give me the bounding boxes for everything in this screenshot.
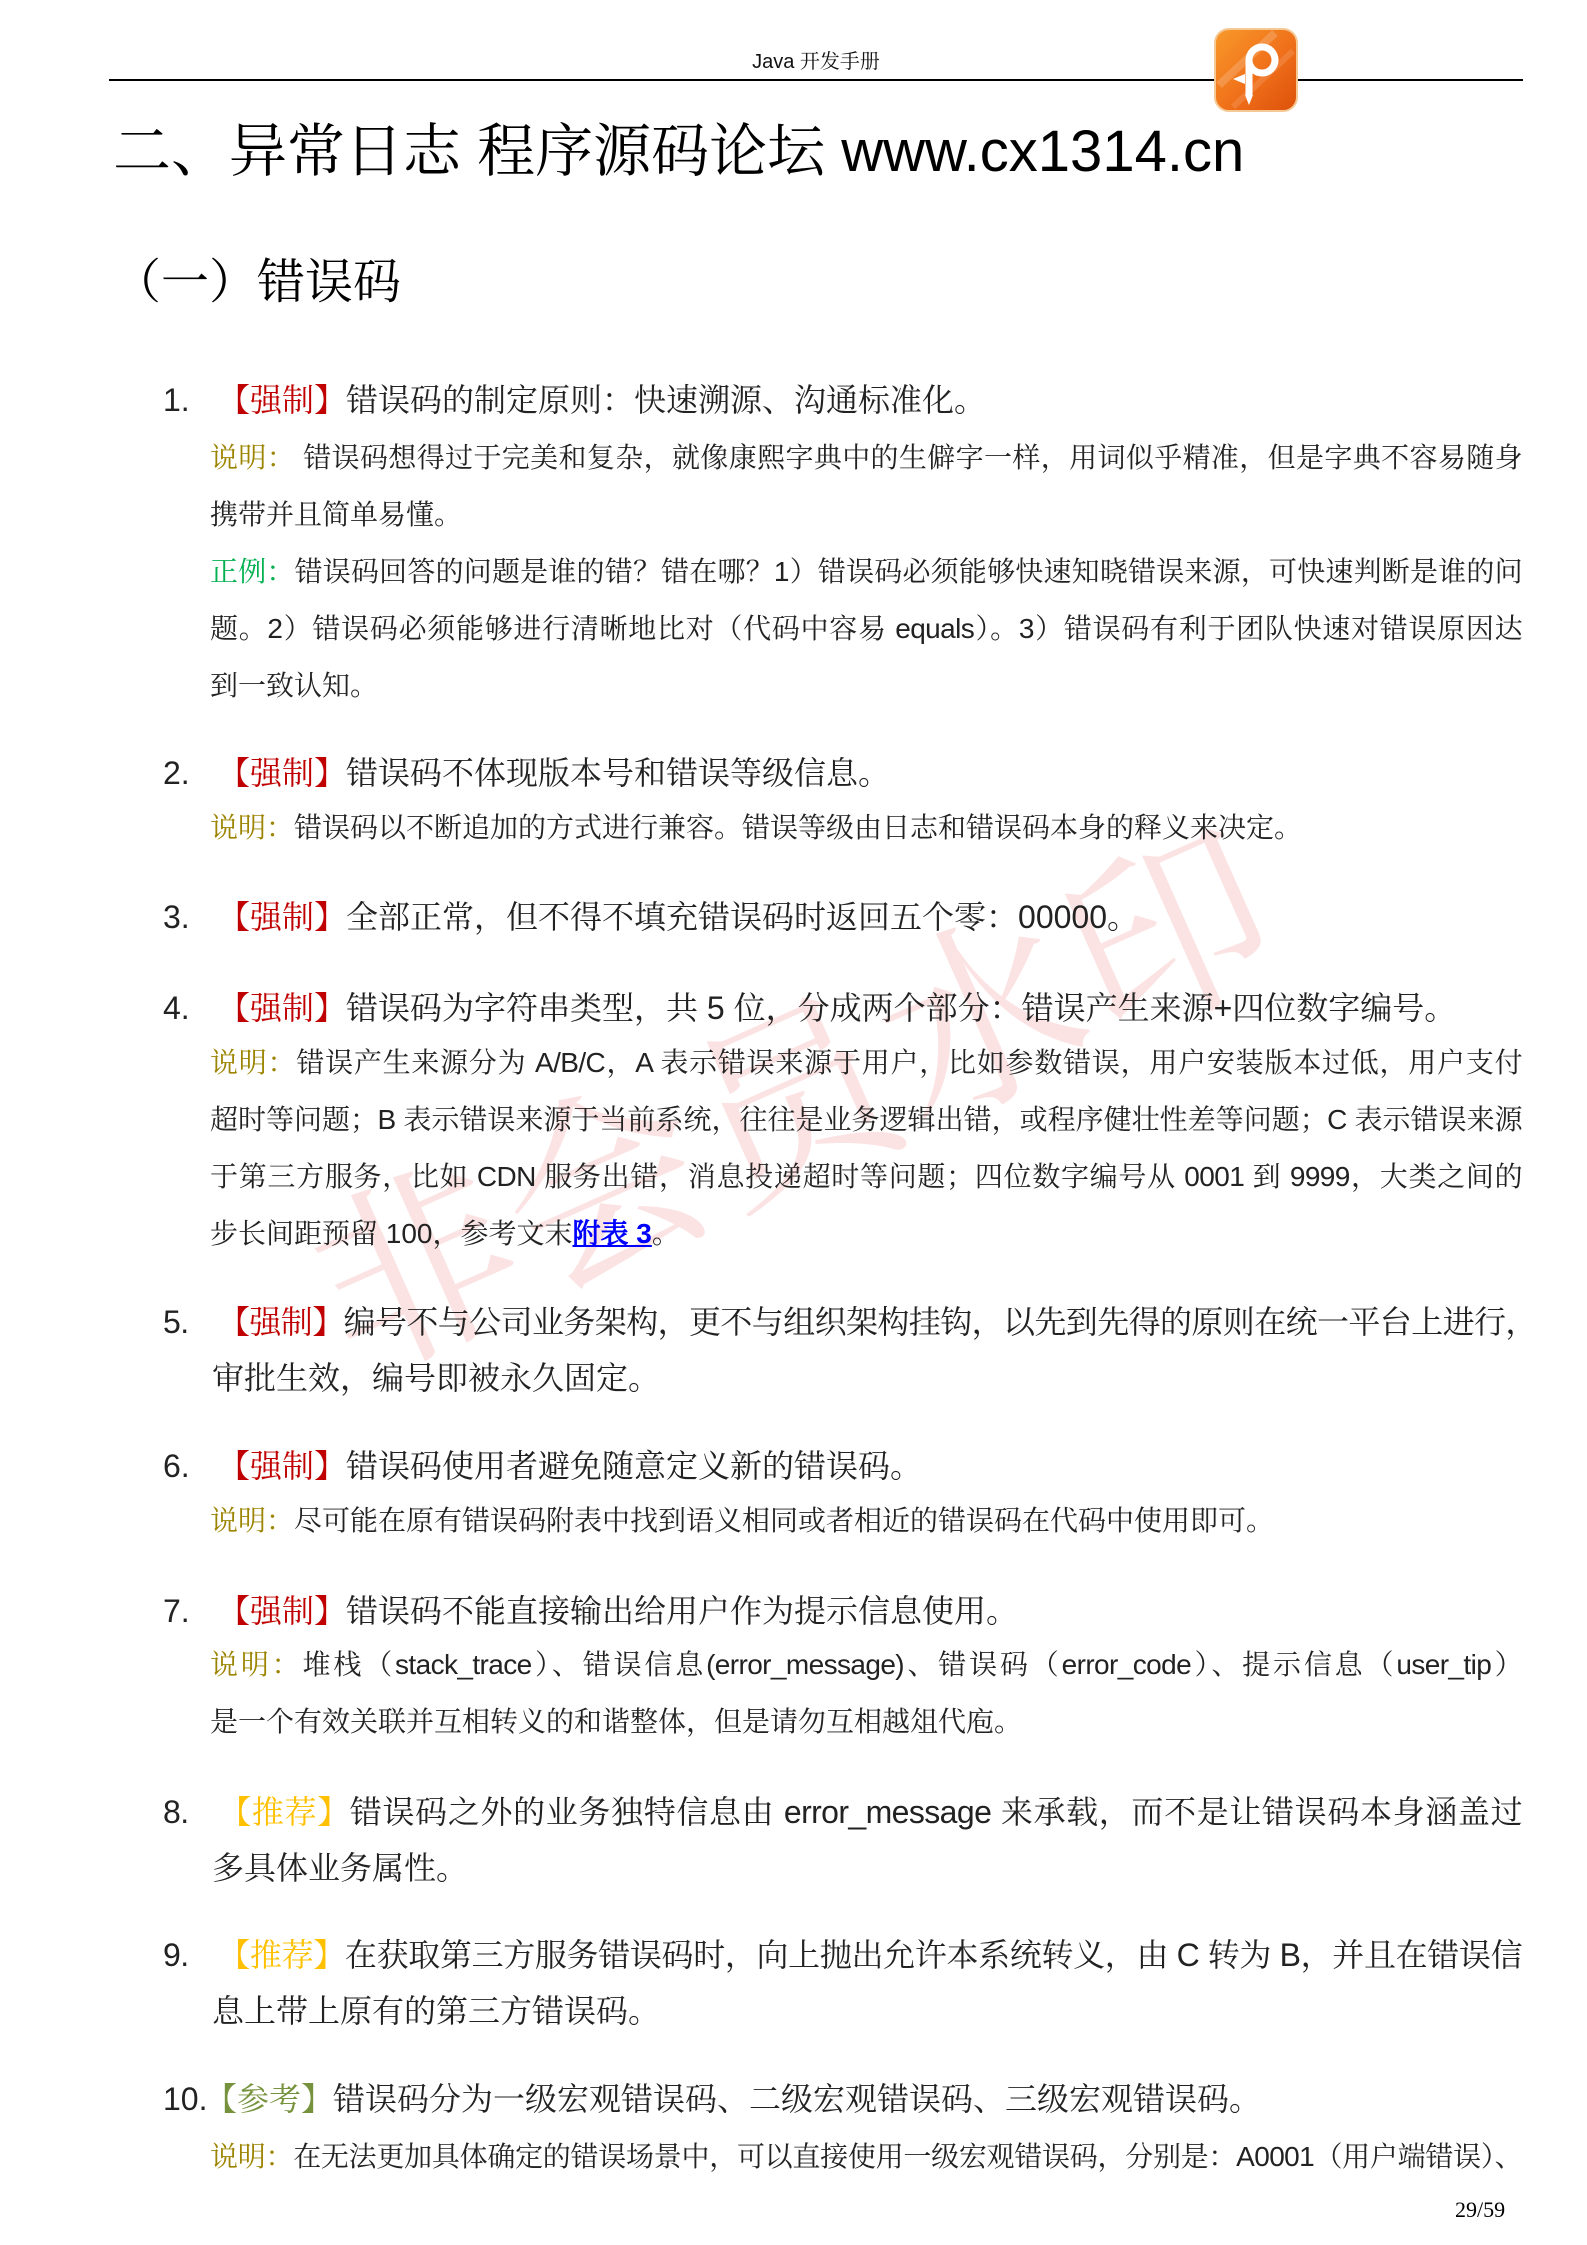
rule-level-tag: 【强制】 [218, 382, 346, 418]
rule-4-explanation-line: 说明：错误产生来源分为 A/B/C，A 表示错误来源于用户，比如参数错误，用户安… [210, 1045, 1522, 1081]
rule-4-explanation-line: 于第三方服务，比如 CDN 服务出错，消息投递超时等问题；四位数字编号从 000… [210, 1159, 1522, 1195]
rule-4-explanation-line: 超时等问题；B 表示错误来源于当前系统，往往是业务逻辑出错，或程序健壮性差等问题… [210, 1102, 1522, 1138]
section-title: （一）错误码 [113, 253, 401, 313]
rule-1-example-line: 题。2）错误码必须能够进行清晰地比对（代码中容易 equals）。3）错误码有利… [210, 611, 1522, 647]
rule-level-tag: 【强制】 [218, 990, 346, 1026]
rule-6-explanation-line: 说明：尽可能在原有错误码附表中找到语义相同或者相近的错误码在代码中使用即可。 [210, 1503, 1522, 1539]
rule-level-tag: 【推荐】 [218, 1937, 345, 1973]
note-text: 步长间距预留 100，参考文末 [210, 1218, 573, 1249]
rule-9-heading-continuation: 息上带上原有的第三方错误码。 [212, 1991, 1522, 2031]
rule-text: 错误码的制定原则：快速溯源、沟通标准化。 [346, 382, 986, 418]
rule-text: 在获取第三方服务错误码时，向上抛出允许本系统转义，由 C 转为 B，并且在错误信 [345, 1937, 1522, 1973]
header-rule [109, 79, 1523, 81]
rule-level-tag: 【参考】 [205, 2081, 333, 2117]
rule-number: 2. [163, 753, 218, 793]
page-number: 29/59 [1455, 2196, 1505, 2224]
rule-1-explanation-line: 携带并且简单易懂。 [210, 497, 1522, 533]
rule-text: 错误码不能直接输出给用户作为提示信息使用。 [346, 1593, 1018, 1629]
rule-number: 5. [163, 1302, 218, 1342]
explanation-label: 说明： [210, 1649, 303, 1680]
rule-8-heading-continuation: 多具体业务属性。 [212, 1848, 1522, 1888]
note-text: 错误码以不断追加的方式进行兼容。错误等级由日志和错误码本身的释义来决定。 [294, 812, 1302, 843]
rule-number: 4. [163, 988, 218, 1028]
rule-number: 3. [163, 897, 218, 937]
rule-1-example-line: 到一致认知。 [210, 668, 1522, 704]
rule-level-tag: 【强制】 [218, 1448, 346, 1484]
rule-1-explanation-line: 说明： 错误码想得过于完美和复杂，就像康熙字典中的生僻字一样，用词似乎精准，但是… [210, 440, 1522, 476]
note-text: 错误码想得过于完美和复杂，就像康熙字典中的生僻字一样，用词似乎精准，但是字典不容… [303, 442, 1522, 473]
rule-text: 错误码使用者避免随意定义新的错误码。 [346, 1448, 922, 1484]
rule-number: 9. [163, 1935, 218, 1975]
chapter-title: 二、异常日志 程序源码论坛 www.cx1314.cn [113, 116, 1244, 188]
rule-10-explanation-line: 说明：在无法更加具体确定的错误场景中，可以直接使用一级宏观错误码，分别是：A00… [210, 2139, 1522, 2175]
rule-1-heading: 1.【强制】错误码的制定原则：快速溯源、沟通标准化。 [163, 380, 1522, 420]
note-text: 尽可能在原有错误码附表中找到语义相同或者相近的错误码在代码中使用即可。 [294, 1505, 1274, 1536]
note-text: 错误产生来源分为 A/B/C，A 表示错误来源于用户，比如参数错误，用户安装版本… [296, 1047, 1522, 1078]
rule-2-heading: 2.【强制】错误码不体现版本号和错误等级信息。 [163, 753, 1522, 793]
rule-9-heading: 9.【推荐】在获取第三方服务错误码时，向上抛出允许本系统转义，由 C 转为 B，… [163, 1935, 1522, 1975]
note-text-suffix: 。 [652, 1218, 680, 1249]
rule-3-heading: 3.【强制】全部正常，但不得不填充错误码时返回五个零：00000。 [163, 897, 1522, 937]
explanation-label: 说明： [210, 2141, 293, 2172]
rule-2-explanation-line: 说明：错误码以不断追加的方式进行兼容。错误等级由日志和错误码本身的释义来决定。 [210, 810, 1522, 846]
note-text: 错误码回答的问题是谁的错？错在哪？1）错误码必须能够快速知晓错误来源，可快速判断… [295, 556, 1522, 587]
rule-text: 错误码不体现版本号和错误等级信息。 [346, 755, 890, 791]
rule-number: 7. [163, 1591, 218, 1631]
rule-level-tag: 【强制】 [218, 899, 346, 935]
explanation-label: 说明： [210, 1505, 294, 1536]
rule-7-heading: 7.【强制】错误码不能直接输出给用户作为提示信息使用。 [163, 1591, 1522, 1631]
rule-7-explanation-line: 是一个有效关联并互相转义的和谐整体，但是请勿互相越俎代庖。 [210, 1704, 1522, 1740]
rule-4-explanation-line: 步长间距预留 100，参考文末附表 3。 [210, 1216, 1522, 1252]
note-text: 堆栈（stack_trace）、错误信息(error_message)、错误码（… [303, 1649, 1522, 1680]
rule-level-tag: 【强制】 [218, 1593, 346, 1629]
note-text: 在无法更加具体确定的错误场景中，可以直接使用一级宏观错误码，分别是：A0001（… [293, 2141, 1522, 2172]
rule-text: 全部正常，但不得不填充错误码时返回五个零：00000。 [346, 899, 1139, 935]
rule-7-explanation-line: 说明：堆栈（stack_trace）、错误信息(error_message)、错… [210, 1647, 1522, 1683]
rule-10-heading: 10.【参考】错误码分为一级宏观错误码、二级宏观错误码、三级宏观错误码。 [163, 2079, 1522, 2119]
running-header-title: Java 开发手册 [109, 49, 1523, 75]
rule-text: 错误码之外的业务独特信息由 error_message 来承载，而不是让错误码本… [350, 1794, 1522, 1830]
rule-text: 错误码为字符串类型，共 5 位，分成两个部分：错误产生来源+四位数字编号。 [346, 990, 1456, 1026]
rule-6-heading: 6.【强制】错误码使用者避免随意定义新的错误码。 [163, 1446, 1522, 1486]
rule-level-tag: 【强制】 [218, 755, 346, 791]
pdf-reader-logo-icon [1213, 27, 1299, 113]
rule-number: 6. [163, 1446, 218, 1486]
appendix-3-link[interactable]: 附表 3 [573, 1218, 652, 1249]
rule-number: 8. [163, 1792, 218, 1832]
rule-text: 错误码分为一级宏观错误码、二级宏观错误码、三级宏观错误码。 [333, 2081, 1261, 2117]
explanation-label: 说明： [210, 1047, 296, 1078]
explanation-label: 说明： [210, 442, 303, 473]
rule-number: 10. [163, 2079, 205, 2119]
rule-1-example-line: 正例：错误码回答的问题是谁的错？错在哪？1）错误码必须能够快速知晓错误来源，可快… [210, 554, 1522, 590]
positive-example-label: 正例： [210, 556, 295, 587]
rule-level-tag: 【推荐】 [218, 1794, 350, 1830]
rule-8-heading: 8.【推荐】错误码之外的业务独特信息由 error_message 来承载，而不… [163, 1792, 1522, 1832]
rule-5-heading-continuation: 审批生效，编号即被永久固定。 [212, 1358, 1522, 1398]
rule-number: 1. [163, 380, 218, 420]
rule-text: 编号不与公司业务架构，更不与组织架构挂钩，以先到先得的原则在统一平台上进行， [344, 1304, 1537, 1340]
document-page: 非会员水印 Java 开发手册 二、异常日志 程序源码论坛 www.cx1314… [0, 0, 1587, 2245]
rule-level-tag: 【强制】 [218, 1304, 344, 1340]
explanation-label: 说明： [210, 812, 294, 843]
rule-5-heading: 5.【强制】编号不与公司业务架构，更不与组织架构挂钩，以先到先得的原则在统一平台… [163, 1302, 1522, 1342]
rule-4-heading: 4.【强制】错误码为字符串类型，共 5 位，分成两个部分：错误产生来源+四位数字… [163, 988, 1522, 1028]
